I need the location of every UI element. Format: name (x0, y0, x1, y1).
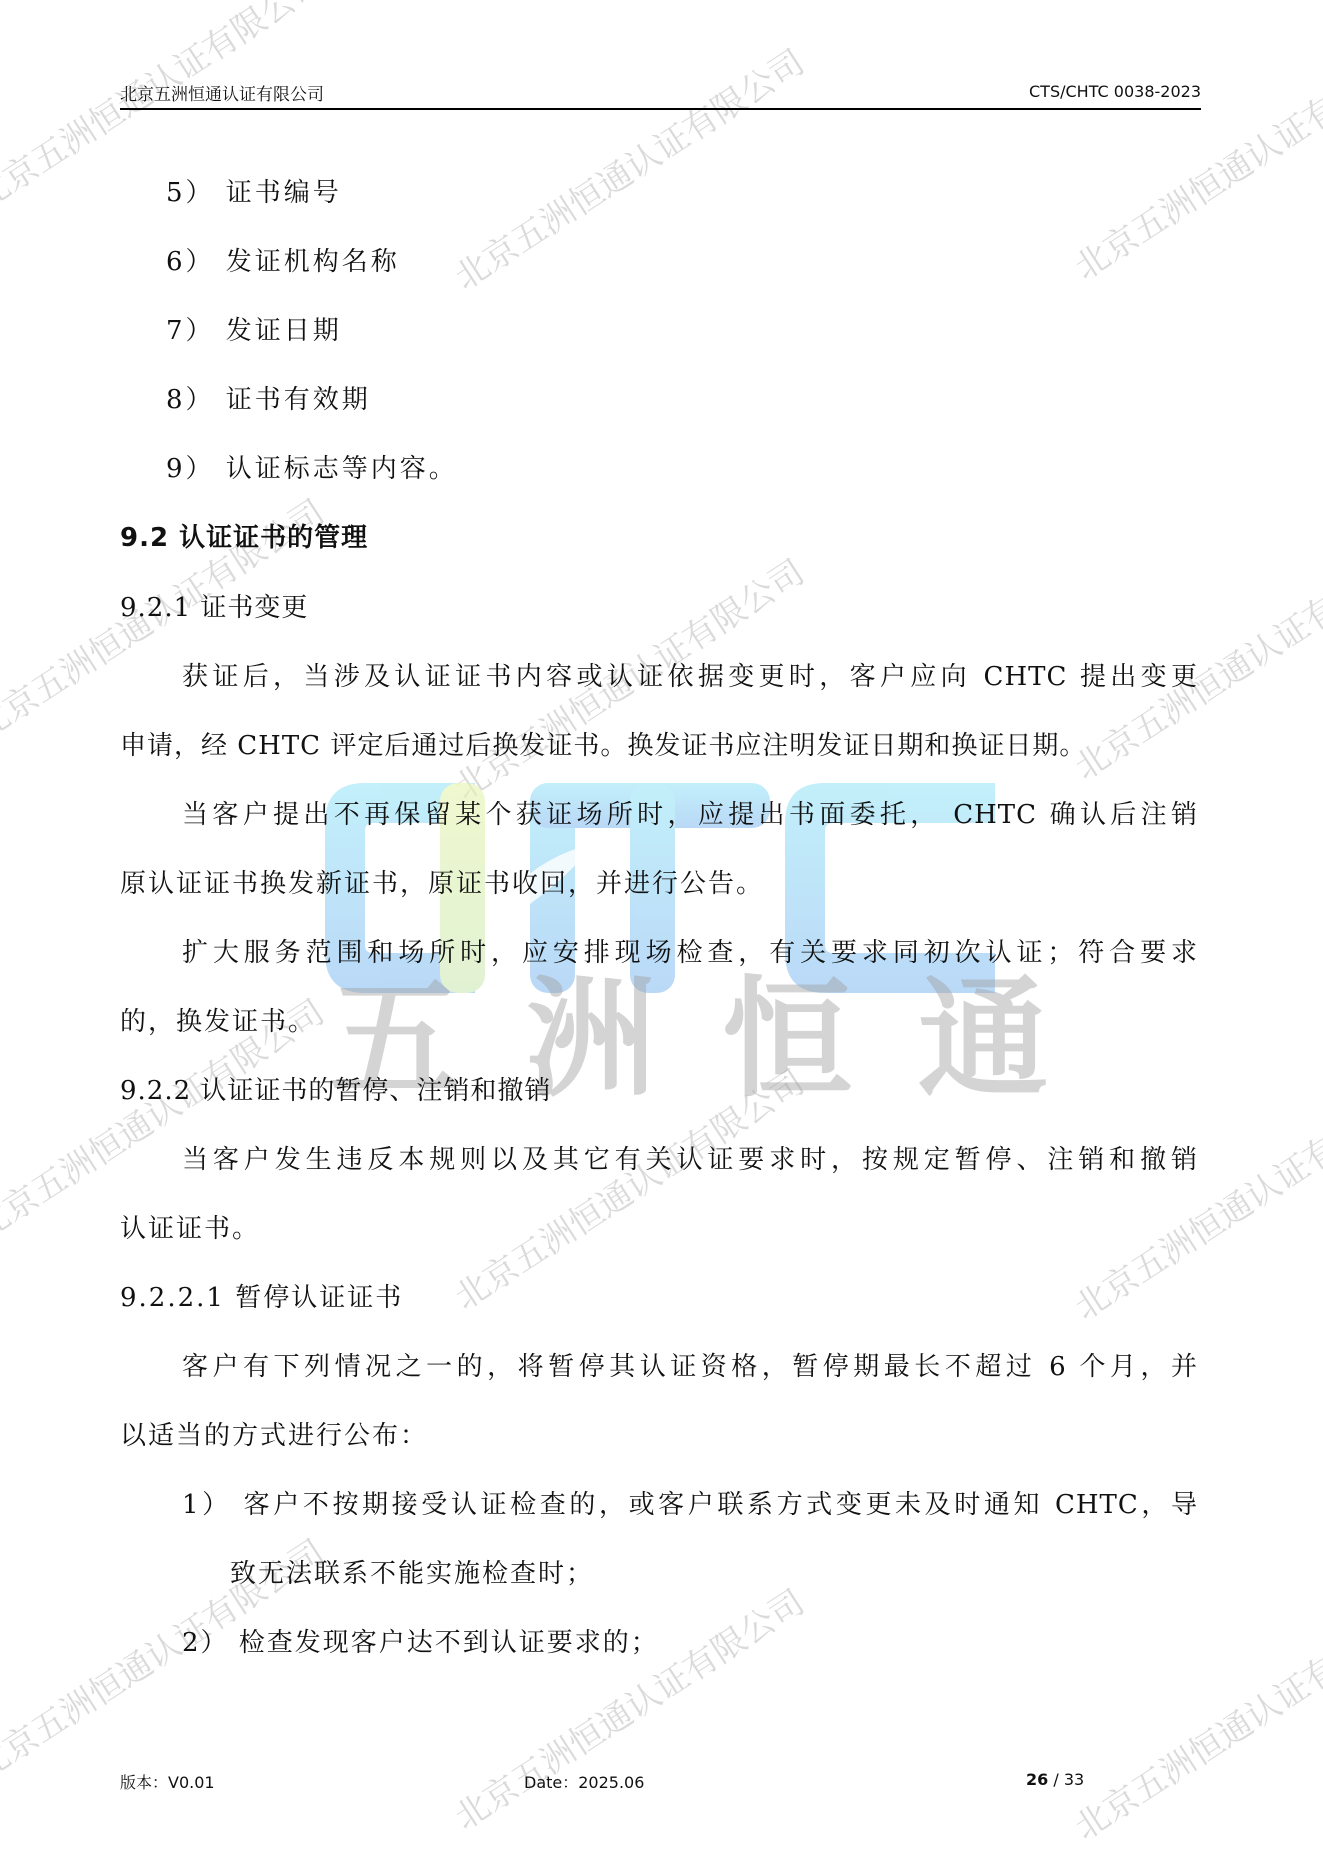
paragraph-line: 认证证书。 (120, 1212, 260, 1246)
paragraph-line: 的，换发证书。 (120, 1005, 316, 1039)
date-label: Date：2025.06 (524, 1770, 644, 1793)
paragraph-line: 当客户提出不再保留某个获证场所时，应提出书面委托， CHTC 确认后注销 (182, 798, 1198, 832)
page-separator: / (1048, 1770, 1064, 1789)
section-heading-9-2-1: 9.2.1 证书变更 (120, 591, 308, 625)
document-code: CTS/CHTC 0038-2023 (1029, 82, 1201, 101)
list-item: 2） 检查发现客户达不到认证要求的； (182, 1626, 659, 1660)
paragraph-line: 申请，经 CHTC 评定后通过后换发证书。换发证书应注明发证日期和换证日期。 (120, 729, 1086, 763)
list-item: 9） 认证标志等内容。 (166, 452, 458, 486)
paragraph-line: 扩大服务范围和场所时，应安排现场检查，有关要求同初次认证；符合要求 (182, 936, 1198, 970)
list-item: 6） 发证机构名称 (166, 245, 400, 279)
paragraph-line: 获证后，当涉及认证证书内容或认证依据变更时，客户应向 CHTC 提出变更 (182, 660, 1198, 694)
paragraph-line: 以适当的方式进行公布： (120, 1419, 428, 1453)
total-pages: 33 (1064, 1770, 1084, 1789)
list-item: 1） 客户不按期接受认证检查的，或客户联系方式变更未及时通知 CHTC，导 (182, 1488, 1198, 1522)
list-item-continuation: 致无法联系不能实施检查时； (230, 1557, 594, 1591)
company-name: 北京五洲恒通认证有限公司 (120, 80, 324, 105)
page-number: 26 / 33 (1026, 1770, 1084, 1789)
paragraph-line: 原认证证书换发新证书，原证书收回，并进行公告。 (120, 867, 764, 901)
section-heading-9-2-2: 9.2.2 认证证书的暂停、注销和撤销 (120, 1074, 551, 1108)
version-label: 版本：V0.01 (120, 1770, 215, 1793)
current-page: 26 (1026, 1770, 1048, 1789)
list-item: 8） 证书有效期 (166, 383, 371, 417)
list-item: 5） 证书编号 (166, 176, 342, 210)
page-header: 北京五洲恒通认证有限公司 CTS/CHTC 0038-2023 (120, 78, 1201, 110)
section-heading-9-2: 9.2 认证证书的管理 (120, 521, 368, 555)
section-heading-9-2-2-1: 9.2.2.1 暂停认证证书 (120, 1281, 403, 1315)
paragraph-line: 当客户发生违反本规则以及其它有关认证要求时，按规定暂停、注销和撤销 (182, 1143, 1198, 1177)
paragraph-line: 客户有下列情况之一的，将暂停其认证资格，暂停期最长不超过 6 个月，并 (182, 1350, 1198, 1384)
page-footer: 版本：V0.01 Date：2025.06 26 / 33 (120, 1770, 1201, 1800)
list-item: 7） 发证日期 (166, 314, 342, 348)
